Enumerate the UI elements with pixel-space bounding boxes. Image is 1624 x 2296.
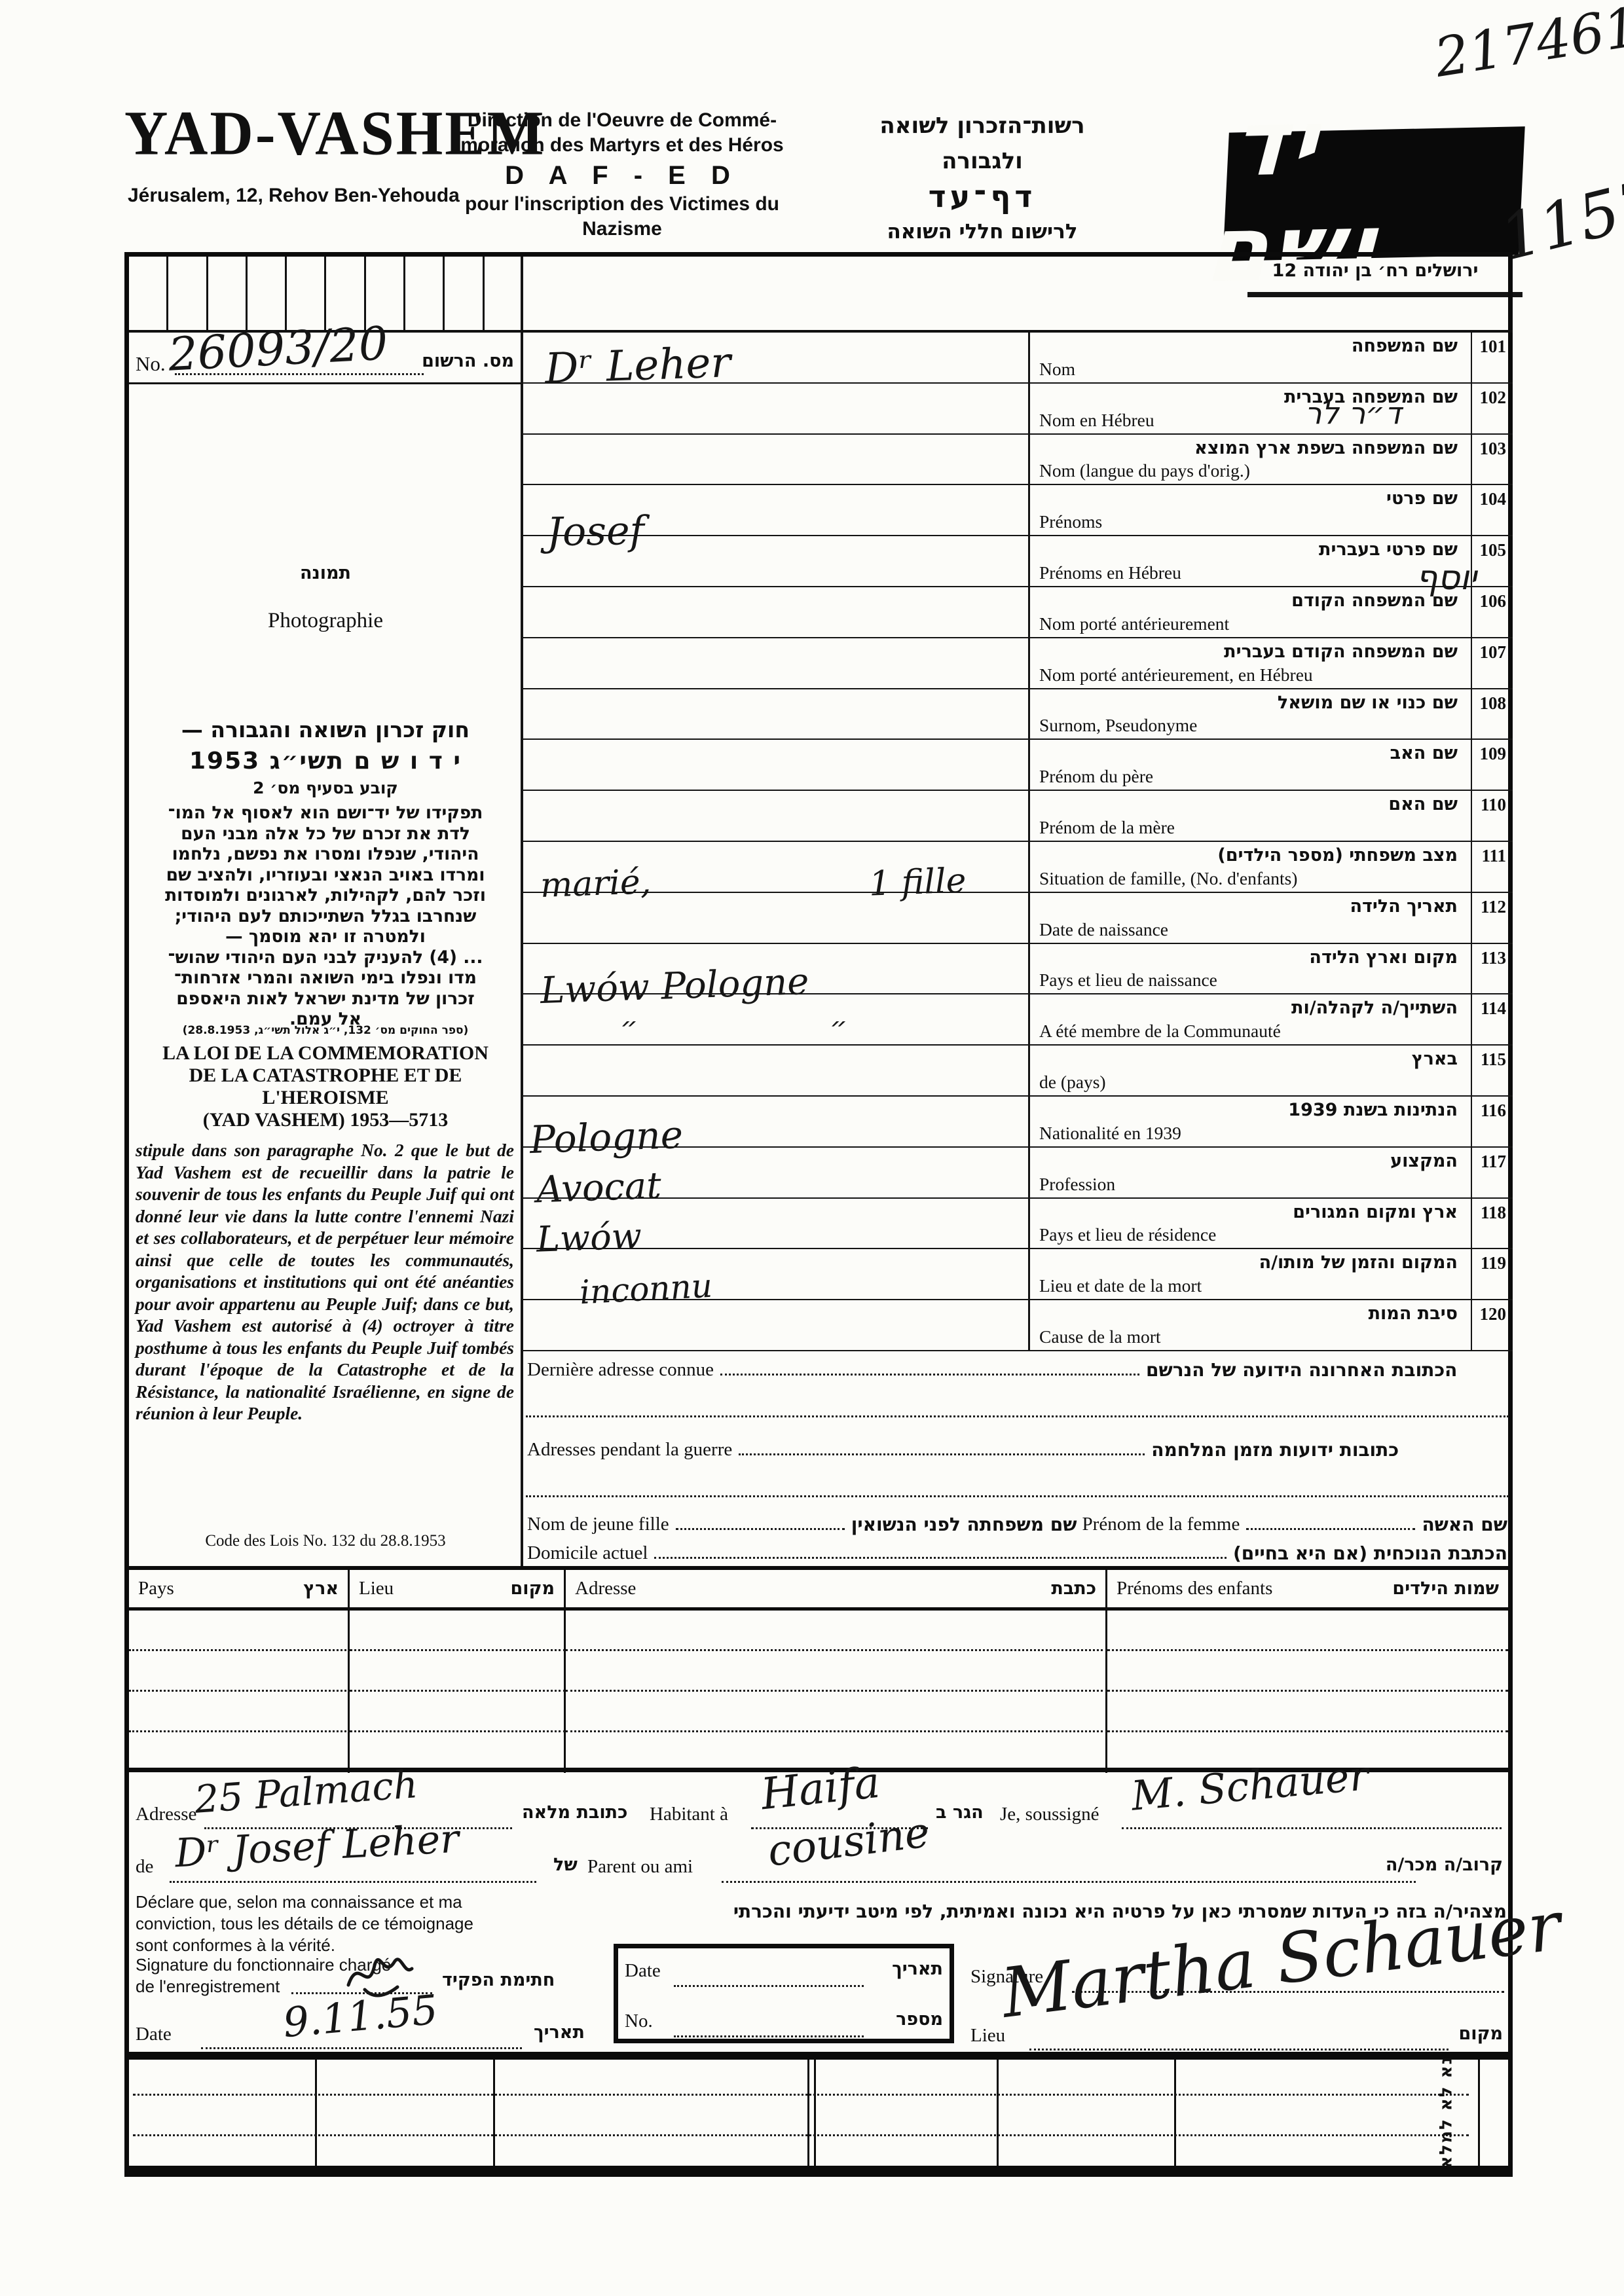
- field-label-hebrew: השתייך/ה לקהלה/ות: [1291, 998, 1458, 1018]
- annex-bottom-band: [129, 2166, 1508, 2172]
- field-value-handwritten: marié,: [540, 862, 652, 905]
- field-number: 115: [1472, 1049, 1506, 1070]
- last-address-line2: [526, 1415, 1509, 1417]
- field-label-hebrew: סיבת המות: [1369, 1303, 1458, 1324]
- annex-col-4: [997, 2060, 999, 2166]
- children-table-row: [129, 1651, 1508, 1692]
- domicile-label-he: הכתבת הנוכחית (אם היא בחיים): [1233, 1542, 1507, 1564]
- field-label-hebrew: שם כנוי או שם מושאל: [1278, 693, 1458, 713]
- habitant-label: Habitant à: [650, 1804, 728, 1825]
- field-row-120: 120סיבת המותCause de la mort: [522, 1300, 1513, 1351]
- annex-col-5: [1174, 2060, 1176, 2166]
- annex-col-6: [1478, 2060, 1480, 2166]
- parent-dotline: [722, 1881, 1416, 1883]
- field-number: 101: [1472, 337, 1506, 357]
- fr-header-line1: Direction de l'Oeuvre de Commé-: [458, 108, 786, 133]
- parent-label: Parent ou ami: [587, 1856, 693, 1878]
- field-label-hebrew: ארץ ומקום המגורים: [1293, 1202, 1458, 1222]
- box-no-label: No.: [625, 2011, 653, 2032]
- declare-fr-3: sont conformes à la vérité.: [136, 1935, 335, 1956]
- field-label-french: Nom en Hébreu: [1039, 410, 1154, 431]
- fr-law-title1: LA LOI DE LA COMMEMORATION: [129, 1042, 522, 1065]
- fr-header-line4: Nazisme: [458, 217, 786, 242]
- field-label-french: Date de naissance: [1039, 919, 1168, 940]
- field-value-handwritten: 1 fille: [868, 861, 967, 903]
- children-table-cell: [350, 1611, 566, 1651]
- do-not-fill-label: נא לא למלא: [1437, 2056, 1456, 2169]
- field-rows: 101שם המשפחהNomDʳ Leher102שם המשפחה בעבר…: [522, 330, 1513, 1351]
- field-row-119: 119המקום והזמן של מותו/הLieu et date de …: [522, 1249, 1513, 1300]
- field-label-hebrew: המקום והזמן של מותו/ה: [1259, 1252, 1458, 1273]
- lieu-label: Lieu: [970, 2025, 1005, 2047]
- field-number: 104: [1472, 489, 1506, 509]
- daf-ed-testimony-page: YAD-VASHEM Jérusalem, 12, Rehov Ben-Yeho…: [0, 0, 1624, 2296]
- field-value-handwritten: ״: [620, 1011, 638, 1043]
- box-no-he: מספר: [896, 2009, 943, 2030]
- fr-law-title2: DE LA CATASTROPHE ET DE: [129, 1065, 522, 1087]
- field-label-french: Prénom du père: [1039, 766, 1153, 787]
- field-label-french: Pays et lieu de résidence: [1039, 1224, 1216, 1245]
- annex-col-1: [315, 2060, 317, 2166]
- children-table-cell: [566, 1611, 1107, 1651]
- stamp-number-handwritten: 217461: [1430, 0, 1624, 90]
- declare-fr-1: Déclare que, selon ma connaissance et ma: [136, 1891, 462, 1913]
- field-label-french: A été membre de la Communauté: [1039, 1021, 1281, 1042]
- field-number: 106: [1472, 591, 1506, 611]
- field-label-french: Profession: [1039, 1174, 1115, 1195]
- last-address-row: Dernière adresse connue הכתובת האחרונה ה…: [527, 1359, 1507, 1381]
- children-header-he: שמות הילדים: [1392, 1578, 1499, 1599]
- field-number: 118: [1472, 1203, 1506, 1223]
- resident-he: הגר ב: [936, 1802, 984, 1823]
- index-strip-cell: [405, 257, 445, 330]
- date-label: Date: [136, 2024, 172, 2045]
- he-authority: רשות־הזכרון לשואה ולגבורה: [838, 108, 1126, 179]
- field-number: 102: [1472, 388, 1506, 408]
- annex-table: נא לא למלא: [129, 2052, 1508, 2172]
- domicile-writein: [654, 1557, 1227, 1559]
- field-label-hebrew: מצב משפחתי (מספר הילדים): [1217, 845, 1458, 866]
- field-label-french: Prénom de la mère: [1039, 817, 1175, 838]
- annex-col-3b: [814, 2060, 816, 2166]
- field-row-101: 101שם המשפחהNomDʳ Leher: [522, 333, 1513, 384]
- index-strip-cell: [168, 257, 208, 330]
- children-header-he: ארץ: [303, 1578, 339, 1599]
- field-row-113: 113מקום וארץ הלידהPays et lieu de naissa…: [522, 944, 1513, 995]
- de-label: de: [136, 1856, 153, 1878]
- annex-row-line-2: [133, 2134, 1469, 2136]
- wife-name-label-he: שם האשה: [1422, 1514, 1507, 1535]
- soussigne-dotline: [1122, 1827, 1502, 1829]
- box-date-label: Date: [625, 1960, 661, 1982]
- war-addresses-row: Adresses pendant la guerre כתובות ידועות…: [527, 1439, 1507, 1461]
- children-header-cell: Paysארץ: [129, 1570, 350, 1607]
- field-label-hebrew: בארץ: [1412, 1049, 1458, 1069]
- field-row-103: 103שם המשפחה בשפת ארץ המוצאNom (langue d…: [522, 435, 1513, 486]
- field-number: 110: [1472, 795, 1506, 815]
- index-strip-cell: [485, 257, 522, 330]
- annex-col-3a: [807, 2060, 809, 2166]
- children-table-row: [129, 1611, 1508, 1651]
- children-header-he: כתבת: [1051, 1578, 1096, 1599]
- index-strip-cell: [208, 257, 248, 330]
- field-label-french: Surnom, Pseudonyme: [1039, 715, 1197, 736]
- field-label-french: Pays et lieu de naissance: [1039, 970, 1217, 991]
- field-number: 111: [1472, 846, 1506, 866]
- children-table-cell: [1107, 1611, 1508, 1651]
- registration-number-handwritten: 26093/20: [167, 316, 389, 381]
- photo-label-french: Photographie: [129, 609, 522, 633]
- fr-law-body: stipule dans son paragraphe No. 2 que le…: [136, 1139, 514, 1425]
- field-label-french: de (pays): [1039, 1072, 1106, 1093]
- field-row-116: 116הנתינות בשנת 1939Nationalité en 1939P…: [522, 1097, 1513, 1148]
- form-frame: No. 26093/20 מס. הרשום תמונה Photographi…: [124, 252, 1513, 2177]
- children-table: PaysארץLieuמקוםAdresseכתבתPrénoms des en…: [129, 1566, 1508, 1772]
- he-purpose: לרישום חללי השואה: [838, 214, 1126, 249]
- field-label-french: Situation de famille, (No. d'enfants): [1039, 868, 1297, 889]
- field-row-104: 104שם פרטיPrénomsJosef: [522, 485, 1513, 536]
- fr-law-title3: L'HEROISME: [129, 1087, 522, 1109]
- field-label-hebrew: שם האב: [1390, 743, 1458, 763]
- field-value-handwritten: ״: [830, 1011, 847, 1043]
- of-he: של: [553, 1855, 578, 1875]
- war-addresses-line2: [526, 1495, 1509, 1497]
- field-label-french: Prénoms en Hébreu: [1039, 562, 1181, 583]
- field-row-106: 106שם המשפחה הקודםNom porté antérieureme…: [522, 587, 1513, 638]
- date-he: תאריך: [534, 2022, 585, 2043]
- fr-law-code-ref: Code des Lois No. 132 du 28.8.1953: [129, 1532, 522, 1550]
- hebrew-law-block: חוק זכרון השואה והגבורה — י ד ו ש ם תשי״…: [132, 715, 519, 1030]
- he-law-body: תפקידו של יד־ושם הוא לאסוף אל המו־ לדת א…: [132, 803, 519, 1030]
- children-table-header: PaysארץLieuמקוםAdresseכתבתPrénoms des en…: [129, 1570, 1508, 1611]
- field-label-french: Nom porté antérieurement, en Hébreu: [1039, 665, 1313, 685]
- last-address-writein: [720, 1374, 1139, 1376]
- relative-he: קרוב/ה מכר/ה: [1386, 1855, 1503, 1875]
- org-address: Jérusalem, 12, Rehov Ben-Yehouda: [128, 185, 460, 207]
- declaration-section: Adresse 25 Palmach כתובת מלאה Habitant à…: [129, 1772, 1508, 2052]
- he-daf-ed: דף־עד: [838, 179, 1126, 214]
- children-header-fr: Prénoms des enfants: [1116, 1578, 1272, 1599]
- index-strip-cell: [445, 257, 484, 330]
- field-number: 116: [1472, 1101, 1506, 1121]
- field-row-111: 111מצב משפחתי (מספר הילדים)Situation de …: [522, 842, 1513, 893]
- field-number: 107: [1472, 642, 1506, 663]
- wife-name-writein: [1246, 1528, 1415, 1530]
- fr-header-line2: moration des Martyrs et des Héros: [458, 133, 786, 158]
- field-row-105: 105שם פרטי בעבריתPrénoms en Hébreuיוסף: [522, 536, 1513, 587]
- field-value-handwritten: ד״ר לר: [1305, 395, 1401, 431]
- field-number: 117: [1472, 1152, 1506, 1172]
- adresse-label: Adresse: [136, 1804, 196, 1825]
- field-label-hebrew: שם המשפחה בשפת ארץ המוצא: [1194, 438, 1458, 458]
- no-label: No.: [136, 352, 166, 376]
- annex-row-line-1: [133, 2094, 1469, 2096]
- domicile-label-fr: Domicile actuel: [527, 1542, 648, 1564]
- he-law-title2: י ד ו ש ם תשי״ג 1953: [132, 745, 519, 778]
- office-use-box: Date תאריך No. מספר: [614, 1944, 954, 2043]
- photo-label-hebrew: תמונה: [129, 563, 522, 583]
- declare-fr-2: conviction, tous les détails de ce témoi…: [136, 1913, 473, 1935]
- maiden-name-label-fr: Nom de jeune fille: [527, 1514, 669, 1535]
- box-date-dotline: [674, 1985, 864, 1987]
- he-law-reference: (ספר החוקים מס׳ 132, י״ג אלול תשי״ג, 28.…: [129, 1024, 522, 1037]
- registrar-he: חתימת הפקיד: [442, 1970, 555, 1990]
- children-header-cell: Adresseכתבת: [566, 1570, 1107, 1607]
- children-table-cell: [129, 1692, 350, 1732]
- index-strip-cell: [287, 257, 326, 330]
- field-label-french: Nom: [1039, 359, 1075, 380]
- children-table-cell: [1107, 1692, 1508, 1732]
- field-label-hebrew: שם האם: [1388, 794, 1458, 814]
- fr-law-title: LA LOI DE LA COMMEMORATION DE LA CATASTR…: [129, 1042, 522, 1131]
- children-header-fr: Adresse: [575, 1578, 636, 1599]
- address-section: Dernière adresse connue הכתובת האחרונה ה…: [522, 1349, 1513, 1566]
- box-date-he: תאריך: [892, 1959, 943, 1979]
- children-header-cell: Lieuמקום: [350, 1570, 566, 1607]
- field-number: 103: [1472, 439, 1506, 459]
- war-addresses-label-fr: Adresses pendant la guerre: [527, 1439, 732, 1461]
- field-row-107: 107שם המשפחה הקודם בעבריתNom porté antér…: [522, 638, 1513, 689]
- field-row-112: 112תאריך הלידהDate de naissance: [522, 893, 1513, 944]
- field-row-110: 110שם האםPrénom de la mère: [522, 791, 1513, 842]
- field-label-french: Nom (langue du pays d'orig.): [1039, 460, 1250, 481]
- field-number: 112: [1472, 897, 1506, 917]
- maiden-name-writein: [676, 1528, 845, 1530]
- fr-header-line3: pour l'inscription des Victimes du: [458, 192, 786, 217]
- date-value-handwritten: 9.11.55: [281, 1986, 439, 2047]
- field-row-118: 118ארץ ומקום המגוריםPays et lieu de rési…: [522, 1199, 1513, 1250]
- war-addresses-label-he: כתובות ידועות מזמן המלחמה: [1151, 1439, 1399, 1461]
- children-table-cell: [129, 1732, 350, 1773]
- children-table-cell: [566, 1692, 1107, 1732]
- field-label-hebrew: שם פרטי: [1386, 488, 1458, 509]
- field-number: 120: [1472, 1304, 1506, 1324]
- field-row-108: 108שם כנוי או שם מושאלSurnom, Pseudonyme: [522, 689, 1513, 740]
- field-value-handwritten: Dʳ Leher: [544, 338, 731, 393]
- index-strip-cell: [129, 257, 168, 330]
- children-header-he: מקום: [511, 1578, 555, 1599]
- daf-ed-title: D A F - E D: [458, 163, 786, 188]
- field-row-115: 115בארץde (pays): [522, 1046, 1513, 1097]
- field-label-hebrew: שם המשפחה הקודם בעברית: [1224, 642, 1458, 662]
- field-label-hebrew: שם פרטי בעברית: [1319, 539, 1458, 560]
- field-label-french: Prénoms: [1039, 511, 1102, 532]
- children-header-cell: Prénoms des enfantsשמות הילדים: [1107, 1570, 1508, 1607]
- field-number: 105: [1472, 540, 1506, 560]
- index-strip-cell: [248, 257, 287, 330]
- children-table-row: [129, 1692, 1508, 1732]
- field-label-hebrew: שם המשפחה: [1352, 336, 1458, 356]
- field-number: 119: [1472, 1253, 1506, 1273]
- full-address-he: כתובת מלאה: [522, 1802, 627, 1823]
- field-label-hebrew: המקצוע: [1390, 1151, 1458, 1171]
- lieu-he: מקום: [1459, 2024, 1504, 2044]
- last-address-label-he: הכתובת האחרונה הידועה של הנרשם: [1146, 1359, 1457, 1381]
- children-table-cell: [1107, 1651, 1508, 1692]
- yad-vashem-logo: יד ושם: [1223, 126, 1524, 261]
- field-label-hebrew: הנתינות בשנת 1939: [1288, 1100, 1458, 1120]
- children-header-fr: Lieu: [359, 1578, 394, 1599]
- he-law-title3: קובע בסעיף מס׳ 2: [132, 778, 519, 799]
- field-row-102: 102שם המשפחה בעבריתNom en Hébreuד״ר לר: [522, 384, 1513, 435]
- field-label-french: Lieu et date de la mort: [1039, 1275, 1202, 1296]
- annex-col-2: [493, 2060, 495, 2166]
- wife-name-label-fr: Prénom de la femme: [1082, 1514, 1240, 1535]
- field-label-french: Nationalité en 1939: [1039, 1123, 1181, 1144]
- soussigne-label: Je, soussigné: [1000, 1804, 1099, 1825]
- he-law-title1: חוק זכרון השואה והגבורה —: [132, 715, 519, 745]
- children-table-cell: [566, 1651, 1107, 1692]
- field-value-handwritten: יוסף: [1416, 558, 1477, 598]
- last-address-label-fr: Dernière adresse connue: [527, 1359, 714, 1381]
- field-value-handwritten: Avocat: [536, 1164, 662, 1211]
- date-dotline: [201, 2047, 522, 2049]
- maiden-name-label-he: שם משפחתה לפני הנשואין: [851, 1514, 1077, 1535]
- children-header-fr: Pays: [138, 1578, 174, 1599]
- fr-law-title4: (YAD VASHEM) 1953—5713: [129, 1109, 522, 1131]
- field-number: 113: [1472, 948, 1506, 968]
- field-value-handwritten: Lwów: [536, 1216, 642, 1261]
- domicile-row: Domicile actuel הכתבת הנוכחית (אם היא בח…: [527, 1542, 1507, 1564]
- de-dotline: [170, 1881, 536, 1883]
- field-label-hebrew: מקום וארץ הלידה: [1309, 947, 1458, 968]
- parent-value-handwritten: cousine: [765, 1808, 932, 1876]
- registration-he-label: מס. הרשום: [422, 351, 514, 371]
- hebrew-header-block: רשות־הזכרון לשואה ולגבורה דף־עד לרישום ח…: [838, 108, 1126, 249]
- children-table-cell: [129, 1651, 350, 1692]
- annex-top-band: [129, 2052, 1508, 2060]
- field-number: 114: [1472, 998, 1506, 1019]
- field-label-hebrew: תאריך הלידה: [1350, 896, 1458, 917]
- lieu-dotline: [1029, 2049, 1449, 2050]
- box-no-dotline: [674, 2035, 864, 2037]
- children-table-cell: [350, 1692, 566, 1732]
- de-value-handwritten: Dʳ Josef Leher: [174, 1816, 460, 1877]
- registration-row: No. 26093/20 מס. הרשום: [129, 333, 522, 384]
- field-value-handwritten: Pologne: [529, 1112, 684, 1162]
- field-label-french: Nom porté antérieurement: [1039, 613, 1229, 634]
- field-row-109: 109שם האבPrénom du père: [522, 740, 1513, 791]
- field-number: 109: [1472, 744, 1506, 764]
- field-number: 108: [1472, 693, 1506, 714]
- maiden-wife-row: Nom de jeune fille שם משפחתה לפני הנשואי…: [527, 1514, 1507, 1535]
- field-label-french: Cause de la mort: [1039, 1326, 1161, 1347]
- war-addresses-writein: [739, 1453, 1145, 1455]
- french-header-block: Direction de l'Oeuvre de Commé- moration…: [458, 108, 786, 242]
- children-table-cell: [129, 1611, 350, 1651]
- registrar-label-2: de l'enregistrement: [136, 1976, 280, 1997]
- field-value-handwritten: Josef: [546, 508, 644, 556]
- children-table-cell: [350, 1651, 566, 1692]
- field-value-handwritten: inconnu: [579, 1267, 714, 1312]
